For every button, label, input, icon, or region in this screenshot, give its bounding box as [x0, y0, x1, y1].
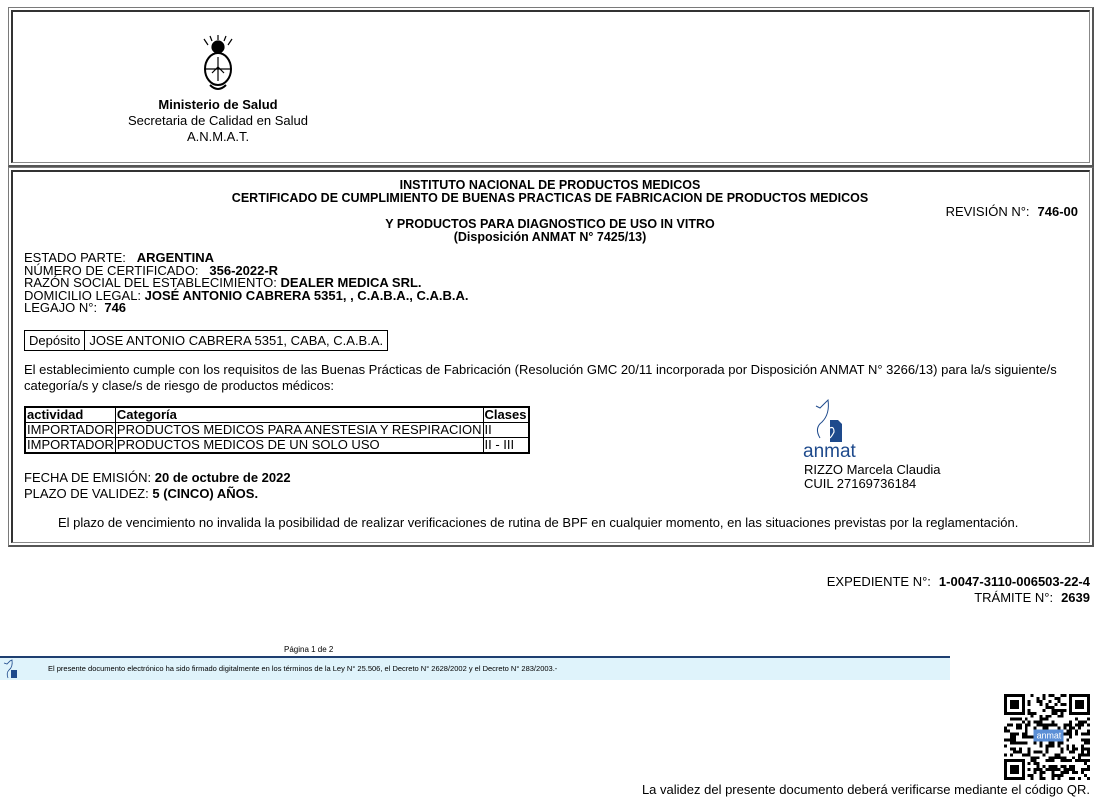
revision-value: 746-00 [1038, 204, 1078, 219]
coat-of-arms-icon [198, 35, 238, 93]
cell-actividad: IMPORTADOR [25, 438, 115, 454]
plazo-value: 5 (CINCO) AÑOS. [152, 486, 258, 501]
title-line: CERTIFICADO DE CUMPLIMIENTO DE BUENAS PR… [180, 192, 920, 205]
qr-validation-note: La validez del presente documento deberá… [642, 782, 1090, 797]
signer-cuil: CUIL 27169736184 [804, 477, 941, 491]
cell-categoria: PRODUCTOS MEDICOS DE UN SOLO USO [115, 438, 483, 454]
svg-text:anmat: anmat [1037, 730, 1062, 740]
revision-label: REVISIÓN N°: [946, 204, 1030, 219]
table-row: IMPORTADOR PRODUCTOS MEDICOS DE UN SOLO … [25, 438, 529, 454]
cell-categoria: PRODUCTOS MEDICOS PARA ANESTESIA Y RESPI… [115, 423, 483, 438]
table-row: IMPORTADOR PRODUCTOS MEDICOS PARA ANESTE… [25, 423, 529, 438]
anmat-small-logo-icon [2, 659, 20, 679]
deposito-table: Depósito JOSE ANTONIO CABRERA 5351, CABA… [24, 330, 388, 351]
cell-actividad: IMPORTADOR [25, 423, 115, 438]
tramite-value: 2639 [1061, 590, 1090, 605]
page-indicator: Página 1 de 2 [284, 645, 333, 654]
dates-block: FECHA DE EMISIÓN: 20 de octubre de 2022 … [24, 470, 291, 502]
cell-clase: II - III [483, 438, 529, 454]
expiry-note: El plazo de vencimiento no invalida la p… [58, 515, 1018, 530]
qr-code[interactable]: anmat [1004, 694, 1090, 780]
legajo-value: 746 [104, 300, 126, 315]
cell-clase: II [483, 423, 529, 438]
agency-name: A.N.M.A.T. [100, 129, 336, 145]
expediente-label: EXPEDIENTE N°: [827, 574, 931, 589]
emision-value: 20 de octubre de 2022 [155, 470, 291, 485]
signer-name: RIZZO Marcela Claudia [804, 463, 941, 477]
expediente-value: 1-0047-3110-006503-22-4 [939, 574, 1090, 589]
digital-signature-bar: El presente documento electrónico ha sid… [0, 656, 950, 680]
establishment-info: ESTADO PARTE: ARGENTINA NÚMERO DE CERTIF… [24, 252, 469, 315]
plazo-label: PLAZO DE VALIDEZ: [24, 486, 149, 501]
emision-label: FECHA DE EMISIÓN: [24, 470, 151, 485]
revision-number: REVISIÓN N°:746-00 [946, 204, 1078, 219]
secretaria-name: Secretaria de Calidad en Salud [100, 113, 336, 129]
expediente-block: EXPEDIENTE N°:1-0047-3110-006503-22-4 TR… [827, 574, 1090, 606]
ministry-name: Ministerio de Salud [100, 97, 336, 113]
svg-text:anmat: anmat [803, 441, 857, 460]
certificate-title: INSTITUTO NACIONAL DE PRODUCTOS MEDICOS … [180, 179, 920, 244]
category-table: actividad Categoría Clases IMPORTADOR PR… [24, 406, 530, 454]
column-header-actividad: actividad [25, 407, 115, 423]
ministry-header: Ministerio de Salud Secretaria de Calida… [100, 97, 336, 145]
tramite-label: TRÁMITE N°: [974, 590, 1053, 605]
title-line: (Disposición ANMAT N° 7425/13) [180, 231, 920, 244]
deposito-label: Depósito [25, 331, 85, 351]
legajo-label: LEGAJO N°: [24, 300, 97, 315]
anmat-signature-logo-icon: anmat [800, 398, 870, 460]
deposito-value: JOSE ANTONIO CABRERA 5351, CABA, C.A.B.A… [85, 331, 388, 351]
signer-block: RIZZO Marcela Claudia CUIL 27169736184 [804, 463, 941, 490]
domicilio-value: JOSÉ ANTONIO CABRERA 5351, , C.A.B.A., C… [145, 288, 469, 303]
compliance-paragraph: El establecimiento cumple con los requis… [24, 362, 1074, 394]
column-header-clases: Clases [483, 407, 529, 423]
signature-notice: El presente documento electrónico ha sid… [48, 664, 557, 673]
column-header-categoria: Categoría [115, 407, 483, 423]
